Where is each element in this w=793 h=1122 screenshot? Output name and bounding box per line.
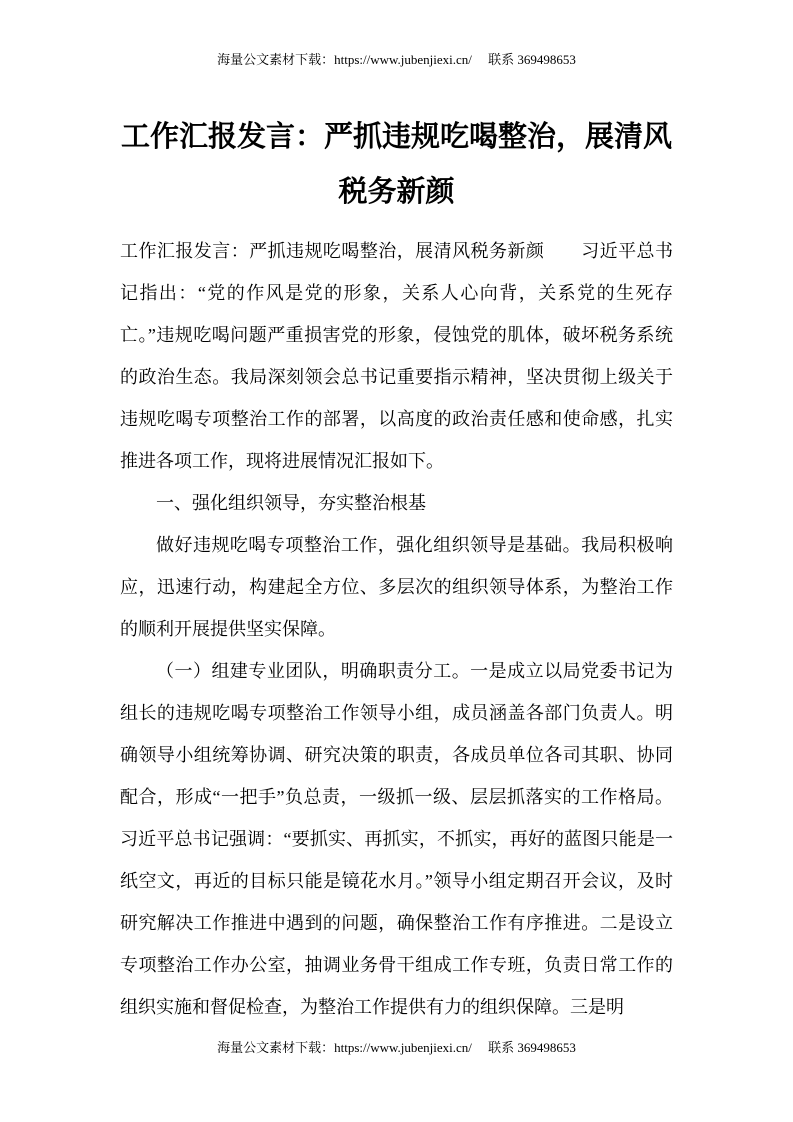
paragraph-team-building: （一）组建专业团队，明确职责分工。一是成立以局党委书记为组长的违规吃喝专项整治工… xyxy=(120,650,673,1028)
paragraph-intro: 工作汇报发言：严抓违规吃喝整治，展清风税务新颜 习近平总书记指出：“党的作风是党… xyxy=(120,230,673,482)
document-title: 工作汇报发言：严抓违规吃喝整治，展清风税务新颜 xyxy=(120,110,673,220)
paragraph-organization-overview: 做好违规吃喝专项整治工作，强化组织领导是基础。我局积极响应，迅速行动，构建起全方… xyxy=(120,524,673,650)
section-heading-1: 一、强化组织领导，夯实整治根基 xyxy=(120,482,673,524)
document-page: 海量公文素材下载：https://www.jubenjiexi.cn/ 联系 3… xyxy=(0,0,793,1122)
page-footer-note: 海量公文素材下载：https://www.jubenjiexi.cn/ 联系 3… xyxy=(0,1038,793,1058)
document-body: 工作汇报发言：严抓违规吃喝整治，展清风税务新颜 习近平总书记指出：“党的作风是党… xyxy=(120,230,673,1030)
page-header-note: 海量公文素材下载：https://www.jubenjiexi.cn/ 联系 3… xyxy=(0,50,793,70)
